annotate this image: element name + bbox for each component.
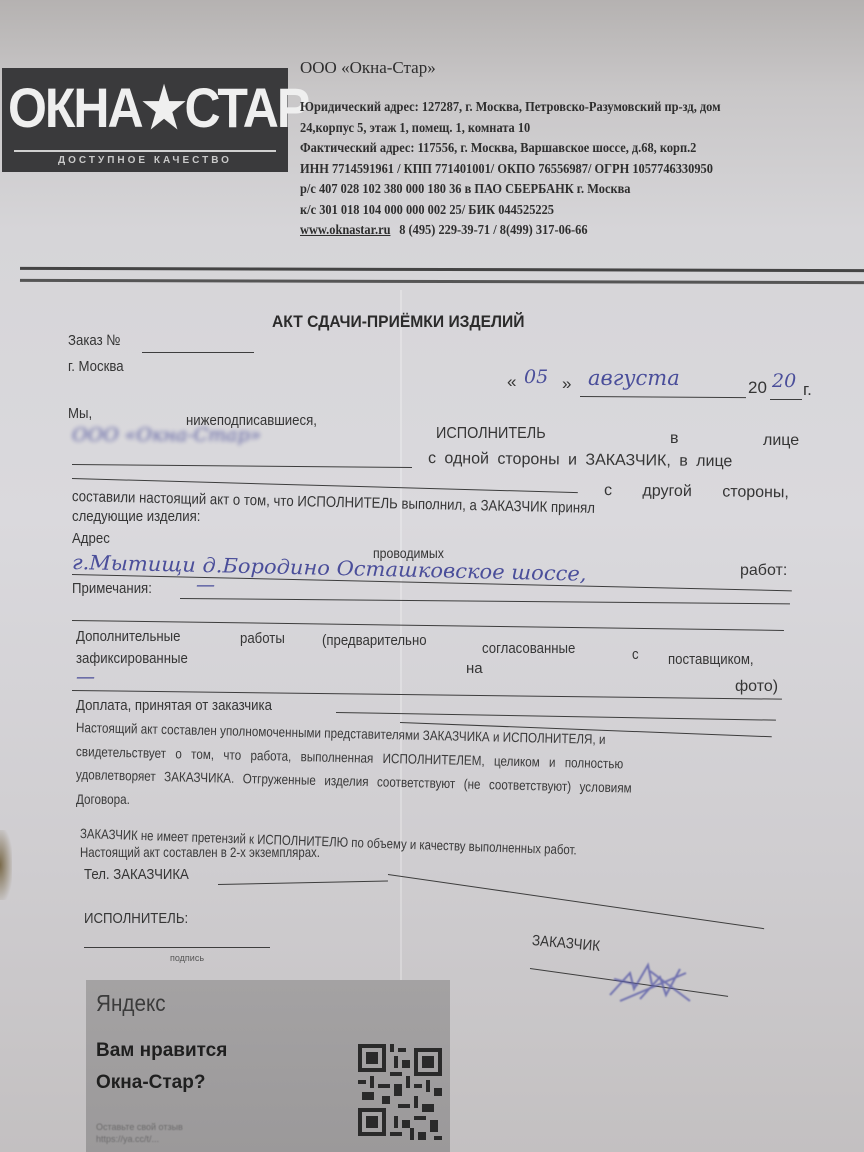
date-month-handwritten[interactable]: августа — [588, 366, 680, 390]
notes-handwritten[interactable]: — — [196, 574, 215, 596]
customer-sign-label: ЗАКАЗЧИК — [531, 932, 601, 955]
finger-shadow — [0, 830, 12, 900]
review-question-line-1: Вам нравится — [96, 1040, 227, 1062]
date-year-prefix: 20 — [748, 378, 767, 398]
face-label: лице — [763, 432, 799, 450]
yandex-brand: Яндекс — [96, 990, 166, 1017]
header-double-rule — [20, 267, 864, 284]
actual-address-line: Фактический адрес: 117556, г. Москва, Ва… — [300, 138, 830, 159]
paragraph-line-4: Договора. — [76, 792, 130, 807]
document-title: АКТ СДАЧИ-ПРИЁМКИ ИЗДЕЛИЙ — [272, 312, 525, 332]
logo-divider — [14, 150, 276, 152]
review-cta: Оставьте свой отзыв — [96, 1122, 183, 1132]
tax-ids-line: ИНН 7714591961 / КПП 771401001/ ОКПО 765… — [300, 159, 830, 180]
executor-signature-field[interactable] — [84, 947, 270, 948]
website-link[interactable]: www.oknastar.ru — [300, 222, 390, 237]
document-page: ОКНА★СТАР ДОСТУПНОЕ КАЧЕСТВО ООО «Окна-С… — [0, 0, 864, 1152]
phone-numbers: 8 (495) 229-39-71 / 8(499) 317-06-66 — [399, 222, 587, 237]
photo-label: фото) — [735, 678, 778, 696]
date-close-quote: » — [562, 374, 571, 394]
address-label: Адрес — [72, 530, 110, 547]
signature-caption: подпись — [170, 953, 204, 963]
notes-field — [180, 598, 790, 604]
review-link[interactable]: https://ya.cc/t/... — [96, 1134, 159, 1144]
fixed-label: зафиксированные — [76, 650, 188, 667]
company-logo: ОКНА★СТАР ДОСТУПНОЕ КАЧЕСТВО — [2, 68, 288, 172]
customer-phone-field[interactable] — [218, 880, 388, 885]
executor-sign-label: ИСПОЛНИТЕЛЬ: — [84, 910, 188, 927]
order-number-field[interactable] — [142, 352, 254, 353]
additional-handwritten[interactable]: — — [76, 666, 95, 688]
executor-name-field — [72, 464, 412, 468]
paragraph-line-1: Настоящий акт составлен уполномоченными … — [76, 720, 606, 747]
logo-wordmark: ОКНА★СТАР — [8, 74, 282, 141]
legal-address-line-2: 24,корпус 5, этаж 1, помещ. 1, комната 1… — [300, 118, 830, 139]
company-name: ООО «Окна-Стар» — [300, 58, 864, 78]
paragraph-line-3: удовлетворяет ЗАКАЗЧИКА. Отгруженные изд… — [76, 767, 632, 796]
one-side-text: с одной стороны и ЗАКАЗЧИК, в лице — [428, 450, 733, 471]
date-day-handwritten[interactable]: 05 — [524, 366, 548, 388]
date-month-field — [580, 396, 746, 398]
we-label: Мы, — [68, 405, 92, 422]
in-label: в — [670, 430, 679, 448]
contacts-line: www.oknastar.ru 8 (495) 229-39-71 / 8(49… — [300, 220, 830, 241]
executor-label: ИСПОЛНИТЕЛЬ — [436, 425, 546, 443]
additional-word: работы — [240, 630, 285, 647]
additional-word: Дополнительные — [76, 628, 181, 645]
additional-word: с — [632, 646, 639, 663]
customer-phone-field-bend — [388, 874, 764, 929]
bank-account-line: р/с 407 028 102 380 000 180 36 в ПАО СБЕ… — [300, 179, 830, 200]
qr-code-icon[interactable] — [358, 1044, 442, 1144]
date-year-field — [770, 399, 802, 400]
date-open-quote: « — [507, 372, 516, 392]
on-label: на — [466, 660, 483, 677]
additional-word: согласованные — [482, 640, 575, 657]
copies-text: Настоящий акт составлен в 2-х экземпляра… — [80, 845, 320, 860]
works-label: работ: — [740, 562, 787, 580]
signature-mark-redacted — [600, 955, 700, 1007]
date-year-handwritten[interactable]: 20 — [772, 370, 796, 392]
corr-account-line: к/с 301 018 104 000 000 002 25/ БИК 0445… — [300, 200, 830, 221]
review-question-line-2: Окна-Стар? — [96, 1072, 205, 1094]
notes-label: Примечания: — [72, 580, 152, 597]
executor-name-handwritten[interactable]: ООО «Окна-Стар» — [72, 424, 261, 446]
following-items-text: следующие изделия: — [72, 508, 200, 525]
paragraph-line-2: свидетельствует о том, что работа, выпол… — [76, 744, 624, 771]
additional-word: (предварительно — [322, 632, 427, 649]
customer-phone-label: Тел. ЗАКАЗЧИКА — [84, 866, 189, 883]
order-number-label: Заказ № — [68, 332, 120, 349]
other-side-text: с другой стороны, — [604, 482, 789, 502]
logo-tagline: ДОСТУПНОЕ КАЧЕСТВО — [12, 155, 278, 166]
yandex-review-card[interactable]: Яндекс Вам нравится Окна-Стар? Оставьте … — [86, 980, 450, 1152]
city-label: г. Москва — [68, 358, 124, 375]
legal-address-line-1: Юридический адрес: 127287, г. Москва, Пе… — [300, 97, 830, 118]
surcharge-label: Доплата, принятая от заказчика — [76, 697, 272, 714]
company-requisites: ООО «Окна-Стар» Юридический адрес: 12728… — [300, 58, 864, 241]
date-year-end: г. — [803, 380, 812, 400]
additional-word: поставщиком, — [668, 651, 754, 668]
